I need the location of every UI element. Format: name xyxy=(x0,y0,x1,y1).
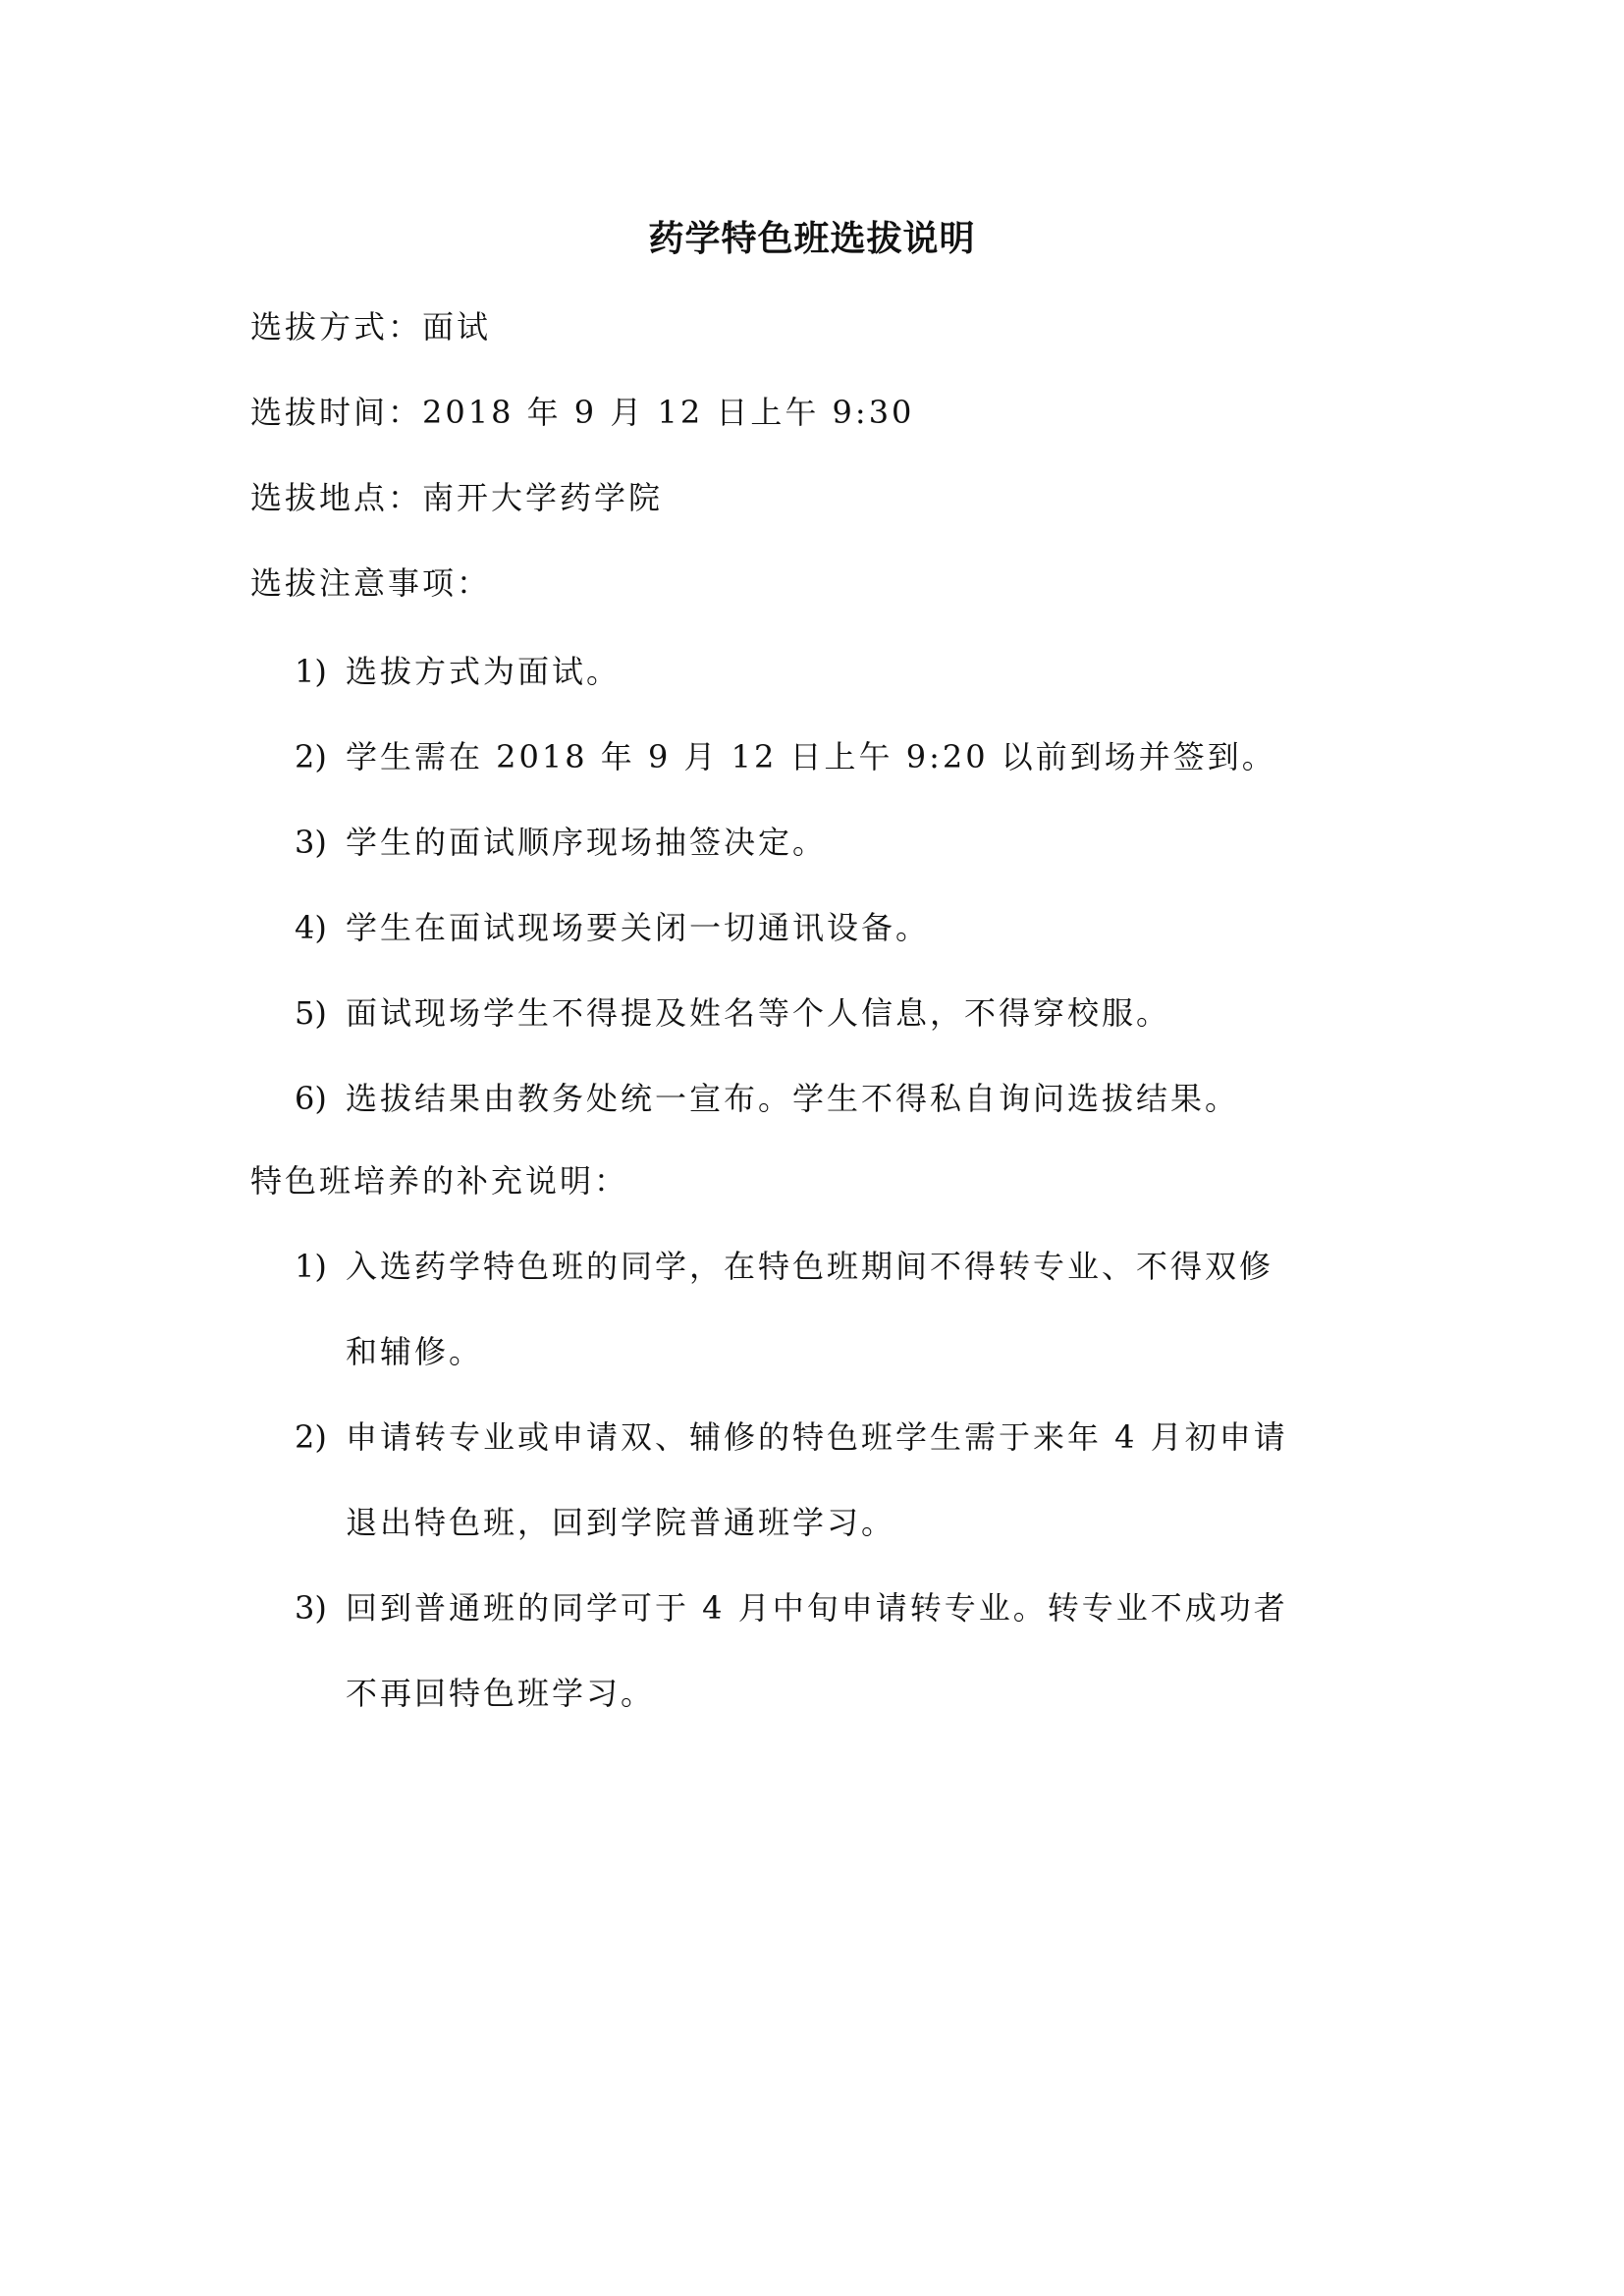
item-text: 学生需在 2018 年 9 月 12 日上午 9:20 以前到场并签到。 xyxy=(346,738,1276,775)
selection-method: 选拔方式：面试 xyxy=(250,307,491,347)
note-item: 6)选拔结果由教务处统一宣布。学生不得私自询问选拔结果。 xyxy=(295,1079,1239,1118)
selection-place: 选拔地点：南开大学药学院 xyxy=(250,478,663,517)
item-text: 选拔方式为面试。 xyxy=(346,653,621,690)
supplement-item-continuation: 退出特色班，回到学院普通班学习。 xyxy=(346,1503,895,1542)
document-title: 药学特色班选拔说明 xyxy=(0,211,1624,261)
item-text: 回到普通班的同学可于 4 月中旬申请转专业。转专业不成功者 xyxy=(346,1589,1288,1627)
item-number: 6) xyxy=(295,1079,346,1118)
note-item: 2)学生需在 2018 年 9 月 12 日上午 9:20 以前到场并签到。 xyxy=(295,737,1276,776)
item-text: 选拔结果由教务处统一宣布。学生不得私自询问选拔结果。 xyxy=(346,1080,1239,1117)
supplement-item: 3)回到普通班的同学可于 4 月中旬申请转专业。转专业不成功者 xyxy=(295,1588,1288,1628)
item-number: 2) xyxy=(295,737,346,776)
note-item: 5)面试现场学生不得提及姓名等个人信息，不得穿校服。 xyxy=(295,993,1170,1033)
item-number: 5) xyxy=(295,993,346,1033)
supplement-item: 2)申请转专业或申请双、辅修的特色班学生需于来年 4 月初申请 xyxy=(295,1417,1288,1457)
item-number: 4) xyxy=(295,908,346,947)
item-number: 1) xyxy=(295,652,346,691)
supplement-item-continuation: 不再回特色班学习。 xyxy=(346,1674,655,1713)
supplement-item: 1)入选药学特色班的同学，在特色班期间不得转专业、不得双修 xyxy=(295,1247,1273,1286)
item-text: 入选药学特色班的同学，在特色班期间不得转专业、不得双修 xyxy=(346,1248,1273,1285)
item-text: 学生的面试顺序现场抽签决定。 xyxy=(346,824,827,861)
item-number: 3) xyxy=(295,823,346,862)
item-number: 1) xyxy=(295,1247,346,1286)
selection-time: 选拔时间：2018 年 9 月 12 日上午 9:30 xyxy=(250,393,914,432)
note-item: 4)学生在面试现场要关闭一切通讯设备。 xyxy=(295,908,930,947)
note-item: 1)选拔方式为面试。 xyxy=(295,652,621,691)
supplement-heading: 特色班培养的补充说明： xyxy=(250,1161,628,1201)
item-text: 面试现场学生不得提及姓名等个人信息，不得穿校服。 xyxy=(346,994,1170,1032)
notes-heading: 选拔注意事项： xyxy=(250,563,491,603)
item-text: 申请转专业或申请双、辅修的特色班学生需于来年 4 月初申请 xyxy=(346,1418,1288,1456)
supplement-item-continuation: 和辅修。 xyxy=(346,1332,483,1371)
item-number: 3) xyxy=(295,1588,346,1628)
item-text: 学生在面试现场要关闭一切通讯设备。 xyxy=(346,909,930,946)
note-item: 3)学生的面试顺序现场抽签决定。 xyxy=(295,823,827,862)
item-number: 2) xyxy=(295,1417,346,1457)
